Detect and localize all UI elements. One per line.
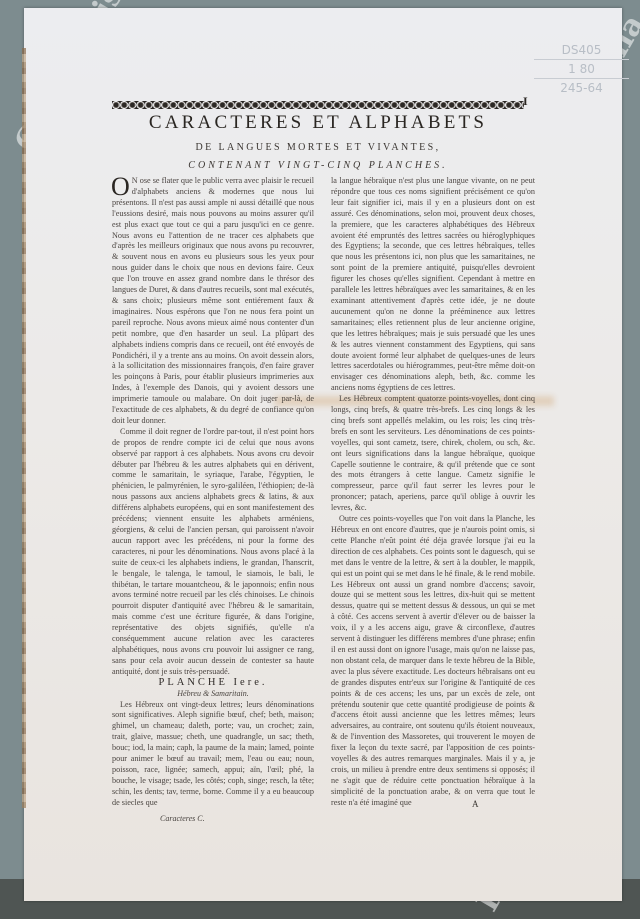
signature-mark: A — [472, 799, 479, 809]
paragraph: la langue hébraïque n'est plus une langu… — [331, 176, 535, 394]
paragraph-text: N ose se flater que le public verra avec… — [112, 176, 314, 425]
archive-note: 1 80 — [534, 60, 629, 79]
catchword: Caracteres C. — [160, 814, 205, 823]
page-subtitle: DE LANGUES MORTES ET VIVANTES, — [112, 142, 524, 153]
archive-note: 245-64 — [534, 79, 629, 97]
right-text-column: la langue hébraïque n'est plus une langu… — [331, 176, 535, 809]
plate-heading: PLANCHE Iere. — [112, 678, 314, 689]
plate-subheading: Hébreu & Samaritain. — [112, 689, 314, 700]
left-text-column: ON ose se flater que le public verra ave… — [112, 176, 314, 809]
page-title: CARACTERES ET ALPHABETS — [112, 112, 524, 134]
archive-pencil-notes: DS405 1 80 245-64 — [534, 41, 629, 97]
paragraph: Outre ces points-voyelles que l'on voit … — [331, 514, 535, 808]
archive-note: DS405 — [534, 41, 629, 60]
paragraph: Comme il doit regner de l'ordre par-tout… — [112, 427, 314, 678]
document-page: DS405 1 80 245-64 I CARACTERES ET ALPHAB… — [24, 8, 622, 901]
paragraph: Les Hébreux ont vingt-deux lettres; leur… — [112, 700, 314, 809]
typographic-ornament-bar — [112, 101, 524, 109]
page-subtitle-italic: CONTENANT VINGT-CINQ PLANCHES. — [112, 160, 524, 171]
paragraph: ON ose se flater que le public verra ave… — [112, 176, 314, 427]
worn-page-edge — [22, 48, 26, 808]
paragraph: Les Hébreux comptent quatorze points-voy… — [331, 394, 535, 514]
drop-cap: O — [111, 177, 130, 197]
